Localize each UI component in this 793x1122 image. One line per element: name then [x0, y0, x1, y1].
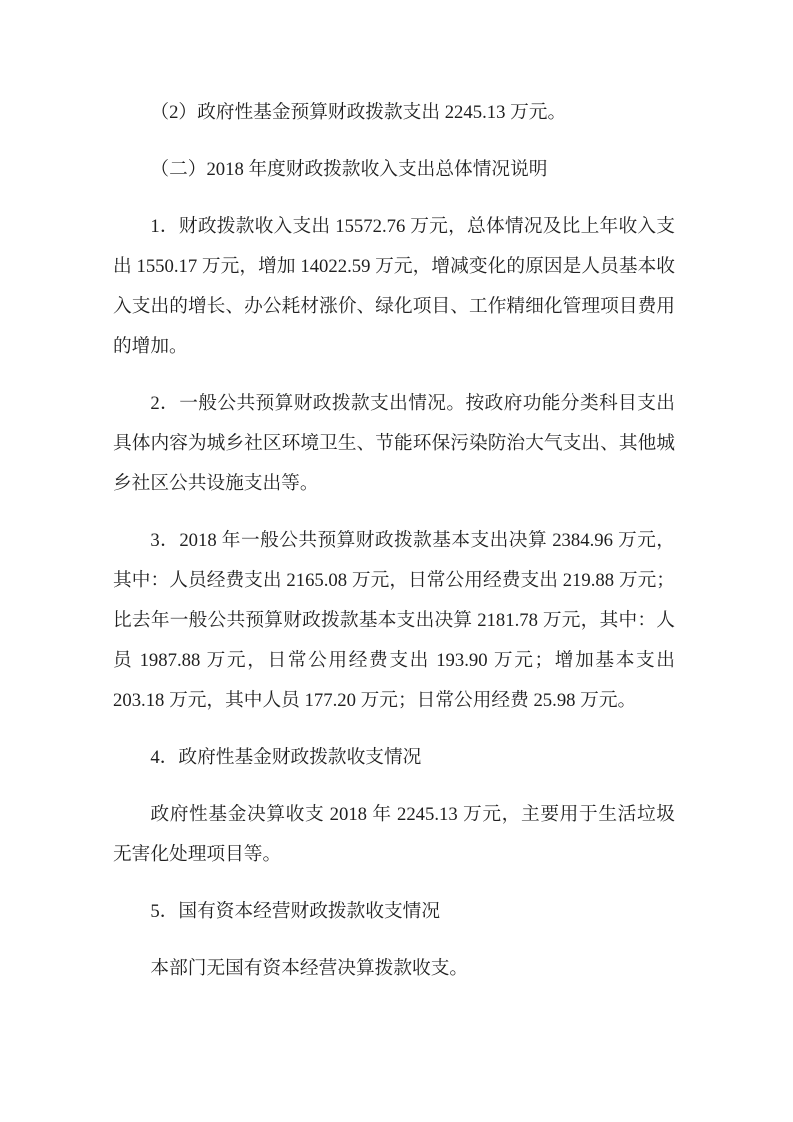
heading-section-2018-overview: （二）2018 年度财政拨款收入支出总体情况说明: [113, 150, 675, 190]
document-content: （2）政府性基金预算财政拨款支出 2245.13 万元。 （二）2018 年度财…: [113, 93, 675, 1006]
paragraph-item-2-public-budget-expense: 2．一般公共预算财政拨款支出情况。按政府功能分类科目支出具体内容为城乡社区环境卫…: [113, 384, 675, 504]
paragraph-item-1-fiscal-appropriation: 1．财政拨款收入支出 15572.76 万元，总体情况及比上年收入支出 1550…: [113, 207, 675, 367]
heading-item-5-state-capital: 5．国有资本经营财政拨款收支情况: [113, 892, 675, 932]
paragraph-no-state-capital: 本部门无国有资本经营决算拨款收支。: [113, 949, 675, 989]
document-page: （2）政府性基金预算财政拨款支出 2245.13 万元。 （二）2018 年度财…: [0, 0, 793, 1122]
paragraph-govfund-detail: 政府性基金决算收支 2018 年 2245.13 万元，主要用于生活垃圾无害化处…: [113, 795, 675, 875]
heading-item-4-govfund: 4．政府性基金财政拨款收支情况: [113, 738, 675, 778]
paragraph-govfund-budget-expense: （2）政府性基金预算财政拨款支出 2245.13 万元。: [113, 93, 675, 133]
paragraph-item-3-basic-expense-final: 3．2018 年一般公共预算财政拨款基本支出决算 2384.96 万元，其中：人…: [113, 521, 675, 721]
